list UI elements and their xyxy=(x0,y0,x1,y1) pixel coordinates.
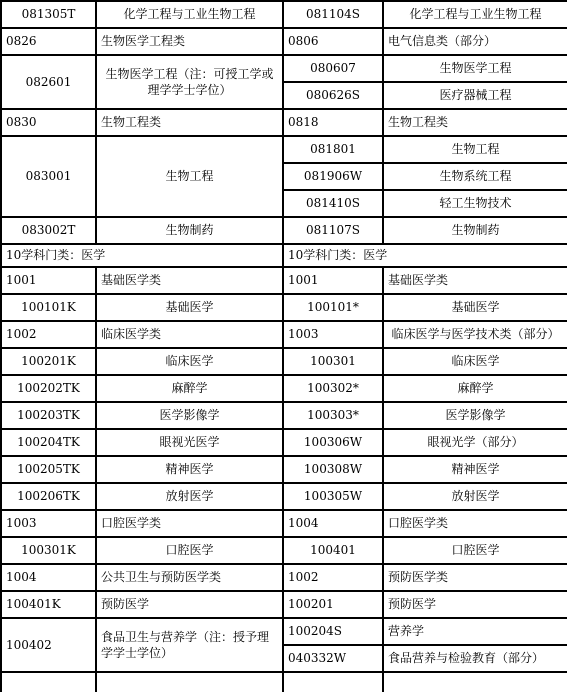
discipline-code-cell: 100206TK xyxy=(1,483,96,510)
discipline-code-cell: 040332W xyxy=(283,645,383,672)
discipline-name-cell: 口腔医学 xyxy=(383,537,567,564)
table-row: 100204TK眼视光医学100306W眼视光学（部分） xyxy=(1,429,567,456)
discipline-code-cell: 082601 xyxy=(1,55,96,109)
discipline-code-cell: 081801 xyxy=(283,136,383,163)
empty-cell xyxy=(283,672,383,692)
discipline-code-cell: 100402 xyxy=(1,618,96,672)
discipline-code-cell: 081906W xyxy=(283,163,383,190)
discipline-name-cell: 临床医学类 xyxy=(96,321,283,348)
discipline-name-cell: 公共卫生与预防医学类 xyxy=(96,564,283,591)
discipline-name-cell: 营养学 xyxy=(383,618,567,645)
discipline-name-cell: 生物工程 xyxy=(383,136,567,163)
table-row: 100203TK医学影像学100303*医学影像学 xyxy=(1,402,567,429)
discipline-name-cell: 精神医学 xyxy=(96,456,283,483)
table-row: 1001基础医学类1001基础医学类 xyxy=(1,267,567,294)
table-row: 081305T化学工程与工业生物工程081104S化学工程与工业生物工程 xyxy=(1,1,567,28)
discipline-code-cell: 0806 xyxy=(283,28,383,55)
discipline-code-cell: 083001 xyxy=(1,136,96,217)
discipline-name-cell: 医学影像学 xyxy=(383,402,567,429)
discipline-code-cell: 100101* xyxy=(283,294,383,321)
discipline-name-cell: 生物制药 xyxy=(383,217,567,244)
table-row: 083002T生物制药081107S生物制药 xyxy=(1,217,567,244)
discipline-code-cell: 100204S xyxy=(283,618,383,645)
table-row: 082601生物医学工程（注：可授工学或理学学士学位）080607生物医学工程 xyxy=(1,55,567,82)
table-row: 100101K基础医学100101*基础医学 xyxy=(1,294,567,321)
table-row: 100402食品卫生与营养学（注：授予理学学士学位）100204S营养学 xyxy=(1,618,567,645)
discipline-name-cell: 放射医学 xyxy=(96,483,283,510)
discipline-code-cell: 100301K xyxy=(1,537,96,564)
spacer-row xyxy=(1,672,567,692)
empty-cell xyxy=(1,672,96,692)
table-row: 083001生物工程081801生物工程 xyxy=(1,136,567,163)
discipline-name-cell: 生物医学工程（注：可授工学或理学学士学位） xyxy=(96,55,283,109)
discipline-name-cell: 医疗器械工程 xyxy=(383,82,567,109)
discipline-code-cell: 100303* xyxy=(283,402,383,429)
discipline-code-cell: 0826 xyxy=(1,28,96,55)
discipline-name-cell: 预防医学 xyxy=(96,591,283,618)
discipline-code-cell: 081104S xyxy=(283,1,383,28)
discipline-code-cell: 100302* xyxy=(283,375,383,402)
discipline-name-cell: 生物系统工程 xyxy=(383,163,567,190)
discipline-code-cell: 1003 xyxy=(283,321,383,348)
discipline-code-cell: 100205TK xyxy=(1,456,96,483)
discipline-name-cell: 轻工生物技术 xyxy=(383,190,567,217)
discipline-code-cell: 1004 xyxy=(1,564,96,591)
discipline-code-cell: 081305T xyxy=(1,1,96,28)
table-row: 0830生物工程类0818生物工程类 xyxy=(1,109,567,136)
discipline-name-cell: 麻醉学 xyxy=(96,375,283,402)
discipline-code-table: 081305T化学工程与工业生物工程081104S化学工程与工业生物工程0826… xyxy=(0,0,567,692)
discipline-name-cell: 电气信息类（部分） xyxy=(383,28,567,55)
discipline-name-cell: 生物医学工程 xyxy=(383,55,567,82)
discipline-code-cell: 0818 xyxy=(283,109,383,136)
discipline-code-cell: 1004 xyxy=(283,510,383,537)
discipline-name-cell: 基础医学 xyxy=(96,294,283,321)
section-header-row: 10学科门类：医学10学科门类：医学 xyxy=(1,244,567,267)
discipline-name-cell: 基础医学类 xyxy=(383,267,567,294)
discipline-code-cell: 1003 xyxy=(1,510,96,537)
discipline-code-cell: 1001 xyxy=(1,267,96,294)
table-row: 1002临床医学类1003临床医学与医学技术类（部分） xyxy=(1,321,567,348)
table-row: 100301K口腔医学100401口腔医学 xyxy=(1,537,567,564)
discipline-name-cell: 生物医学工程类 xyxy=(96,28,283,55)
table-row: 0826生物医学工程类0806电气信息类（部分） xyxy=(1,28,567,55)
table-row: 100201K临床医学100301临床医学 xyxy=(1,348,567,375)
discipline-name-cell: 口腔医学 xyxy=(96,537,283,564)
discipline-name-cell: 生物制药 xyxy=(96,217,283,244)
discipline-name-cell: 生物工程类 xyxy=(383,109,567,136)
discipline-code-cell: 1002 xyxy=(1,321,96,348)
section-header-cell: 10学科门类：医学 xyxy=(283,244,567,267)
discipline-code-cell: 1002 xyxy=(283,564,383,591)
discipline-name-cell: 临床医学 xyxy=(383,348,567,375)
discipline-code-cell: 081107S xyxy=(283,217,383,244)
discipline-code-cell: 100305W xyxy=(283,483,383,510)
discipline-code-cell: 0830 xyxy=(1,109,96,136)
discipline-name-cell: 食品营养与检验教育（部分） xyxy=(383,645,567,672)
empty-cell xyxy=(383,672,567,692)
discipline-name-cell: 麻醉学 xyxy=(383,375,567,402)
table-row: 1003口腔医学类1004口腔医学类 xyxy=(1,510,567,537)
discipline-name-cell: 临床医学与医学技术类（部分） xyxy=(383,321,567,348)
discipline-code-cell: 100202TK xyxy=(1,375,96,402)
discipline-name-cell: 化学工程与工业生物工程 xyxy=(96,1,283,28)
discipline-table-body: 081305T化学工程与工业生物工程081104S化学工程与工业生物工程0826… xyxy=(1,0,567,692)
discipline-code-cell: 100201 xyxy=(283,591,383,618)
discipline-code-cell: 100203TK xyxy=(1,402,96,429)
discipline-name-cell: 口腔医学类 xyxy=(96,510,283,537)
discipline-code-cell: 083002T xyxy=(1,217,96,244)
discipline-name-cell: 眼视光医学 xyxy=(96,429,283,456)
discipline-name-cell: 放射医学 xyxy=(383,483,567,510)
discipline-code-cell: 081410S xyxy=(283,190,383,217)
discipline-code-cell: 100401K xyxy=(1,591,96,618)
discipline-name-cell: 食品卫生与营养学（注：授予理学学士学位） xyxy=(96,618,283,672)
discipline-name-cell: 化学工程与工业生物工程 xyxy=(383,1,567,28)
discipline-name-cell: 预防医学 xyxy=(383,591,567,618)
empty-cell xyxy=(96,672,283,692)
discipline-name-cell: 生物工程 xyxy=(96,136,283,217)
page: 081305T化学工程与工业生物工程081104S化学工程与工业生物工程0826… xyxy=(0,0,567,692)
discipline-code-cell: 100401 xyxy=(283,537,383,564)
discipline-name-cell: 口腔医学类 xyxy=(383,510,567,537)
discipline-name-cell: 预防医学类 xyxy=(383,564,567,591)
discipline-code-cell: 100301 xyxy=(283,348,383,375)
section-header-cell: 10学科门类：医学 xyxy=(1,244,283,267)
discipline-name-cell: 眼视光学（部分） xyxy=(383,429,567,456)
discipline-name-cell: 医学影像学 xyxy=(96,402,283,429)
table-row: 100401K预防医学100201预防医学 xyxy=(1,591,567,618)
discipline-code-cell: 100101K xyxy=(1,294,96,321)
discipline-code-cell: 1001 xyxy=(283,267,383,294)
discipline-code-cell: 100201K xyxy=(1,348,96,375)
discipline-name-cell: 精神医学 xyxy=(383,456,567,483)
discipline-code-cell: 080607 xyxy=(283,55,383,82)
discipline-code-cell: 080626S xyxy=(283,82,383,109)
discipline-code-cell: 100308W xyxy=(283,456,383,483)
discipline-name-cell: 临床医学 xyxy=(96,348,283,375)
table-row: 100205TK精神医学100308W精神医学 xyxy=(1,456,567,483)
table-row: 1004公共卫生与预防医学类1002预防医学类 xyxy=(1,564,567,591)
discipline-name-cell: 基础医学 xyxy=(383,294,567,321)
table-row: 100206TK放射医学100305W放射医学 xyxy=(1,483,567,510)
discipline-name-cell: 基础医学类 xyxy=(96,267,283,294)
discipline-code-cell: 100306W xyxy=(283,429,383,456)
discipline-name-cell: 生物工程类 xyxy=(96,109,283,136)
table-row: 100202TK麻醉学100302*麻醉学 xyxy=(1,375,567,402)
discipline-code-cell: 100204TK xyxy=(1,429,96,456)
